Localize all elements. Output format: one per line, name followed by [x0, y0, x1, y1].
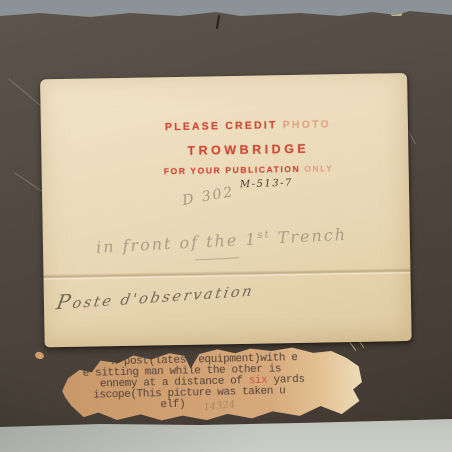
- typed-line-4: iscope(This picture was taken u: [93, 386, 285, 401]
- stamp-line-2: TROWBRIDGE: [163, 142, 333, 158]
- typed-line-5: elf): [160, 400, 185, 412]
- catalog-number-handwriting: M-513-7: [240, 178, 293, 191]
- credit-stamp: PLEASE CREDIT PHOTO TROWBRIDGE FOR YOUR …: [163, 118, 334, 177]
- stamp-line-1-main: PLEASE CREDIT: [165, 119, 283, 133]
- french-caption-handwriting: Poste d'observation: [55, 277, 257, 315]
- stamp-line-1-faded: PHOTO: [283, 118, 331, 131]
- pencil-underline: [195, 257, 239, 260]
- stamp-line-3: FOR YOUR PUBLICATION ONLY: [164, 163, 334, 177]
- caption-suffix: Trench: [270, 225, 347, 248]
- pencil-number-on-label: 14324: [203, 399, 236, 413]
- plate-number-handwriting: D 302: [181, 184, 235, 209]
- stamp-line-1: PLEASE CREDIT PHOTO: [163, 118, 333, 134]
- stamp-line-3-main: FOR YOUR PUBLICATION: [164, 164, 305, 176]
- photo-print-back: PLEASE CREDIT PHOTO TROWBRIDGE FOR YOUR …: [40, 73, 412, 347]
- english-caption-handwriting: in front of the 1st Trench: [96, 225, 348, 257]
- stamp-line-3-faded: ONLY: [304, 163, 333, 174]
- photo-verso-scene: PLEASE CREDIT PHOTO TROWBRIDGE FOR YOUR …: [0, 0, 452, 452]
- caption-superscript: st: [257, 229, 271, 241]
- caption-prefix: in front of the 1: [96, 229, 258, 256]
